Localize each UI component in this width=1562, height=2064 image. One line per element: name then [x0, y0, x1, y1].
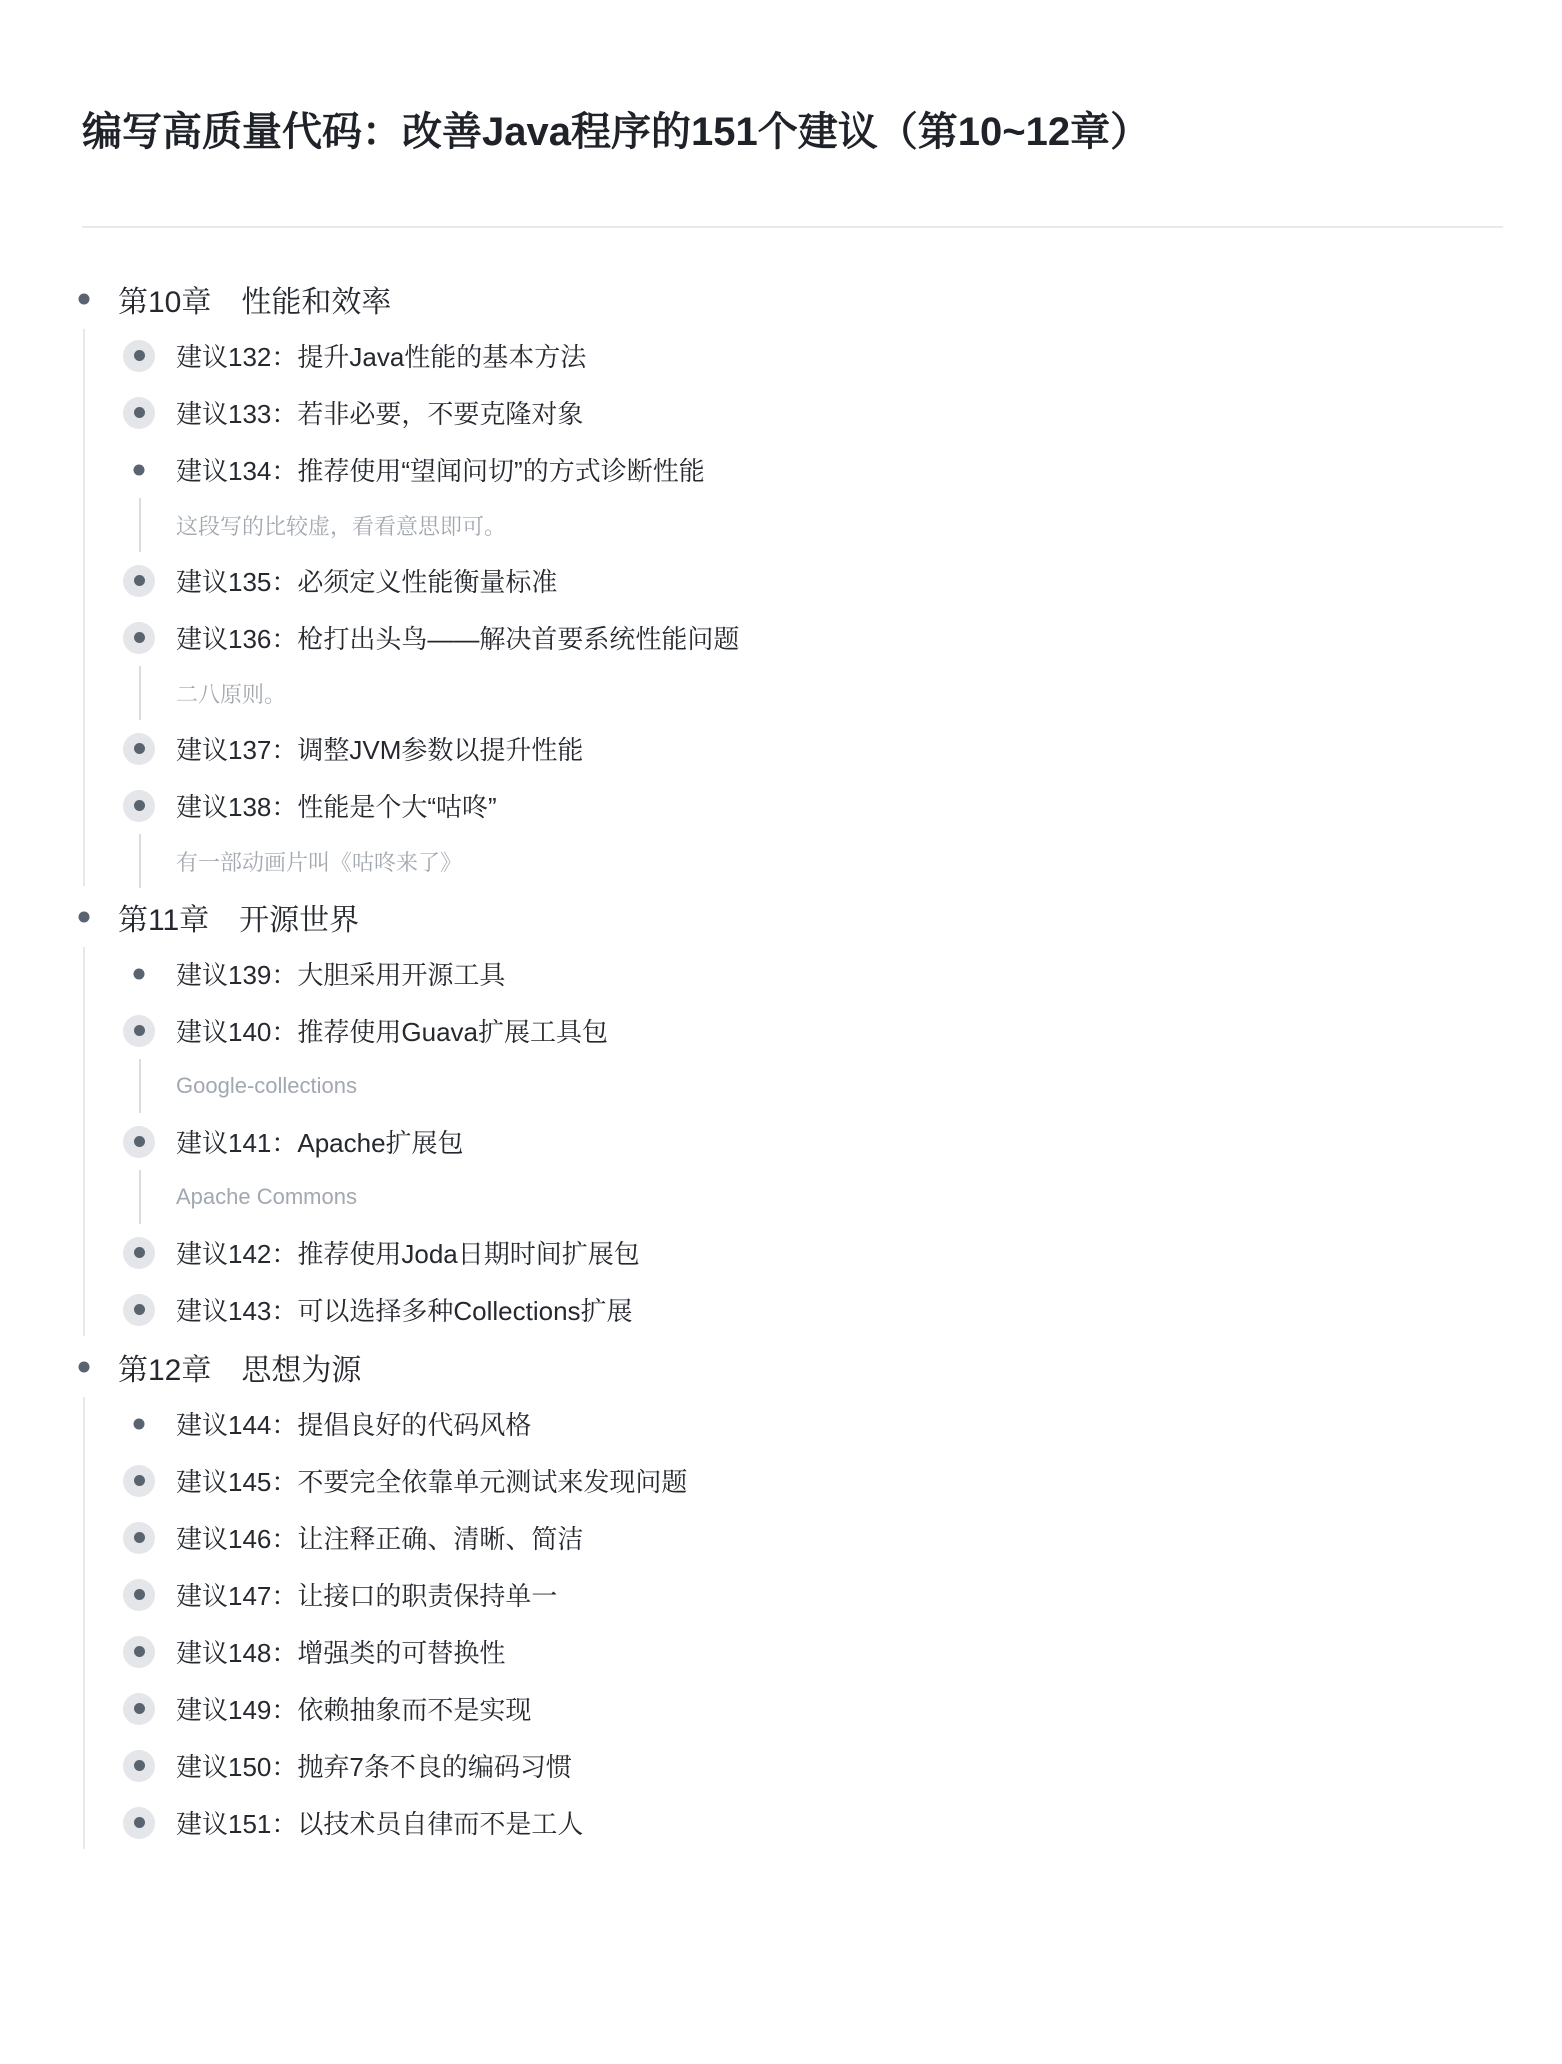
outline-item: 第12章 思想为源	[82, 1338, 1503, 1395]
item-text: 建议147：让接口的职责保持单一	[176, 1576, 557, 1613]
bullet-dot-icon	[134, 632, 145, 643]
bullet-toggle[interactable]	[134, 968, 145, 979]
item-text: 建议142：推荐使用Joda日期时间扩展包	[176, 1234, 640, 1271]
bullet-dot-icon	[134, 350, 145, 361]
bullet-toggle[interactable]	[123, 1126, 155, 1158]
outline: 第10章 性能和效率 建议132：提升Java性能的基本方法 建议133：若非必…	[82, 270, 1503, 1851]
bullet-dot-icon	[134, 575, 145, 586]
bullet-toggle[interactable]	[123, 1522, 155, 1554]
outline-item: 建议134：推荐使用“望闻问切”的方式诊断性能	[82, 441, 1503, 498]
item-note-text: 有一部动画片叫《咕咚来了》	[176, 846, 462, 877]
bullet-toggle[interactable]	[123, 1015, 155, 1047]
bullet-dot-icon	[134, 1025, 145, 1036]
bullet-toggle[interactable]	[123, 1636, 155, 1668]
outline-item: 建议142：推荐使用Joda日期时间扩展包	[82, 1224, 1503, 1281]
bullet-toggle[interactable]	[123, 1807, 155, 1839]
bullet-toggle[interactable]	[123, 1579, 155, 1611]
item-note: 二八原则。	[139, 666, 1503, 720]
item-text: 第12章 思想为源	[118, 1345, 361, 1389]
bullet-dot-icon	[134, 1304, 145, 1315]
item-text: 建议145：不要完全依靠单元测试来发现问题	[176, 1462, 687, 1499]
bullet-dot-icon	[134, 1703, 145, 1714]
outline-item: 建议147：让接口的职责保持单一	[82, 1566, 1503, 1623]
item-text: 建议151：以技术员自律而不是工人	[176, 1804, 583, 1841]
outline-item: 建议133：若非必要，不要克隆对象	[82, 384, 1503, 441]
item-text: 建议132：提升Java性能的基本方法	[176, 337, 586, 374]
item-note-text: 二八原则。	[176, 678, 286, 709]
item-note-text: 这段写的比较虚，看看意思即可。	[176, 510, 506, 541]
item-text: 建议146：让注释正确、清晰、简洁	[176, 1519, 583, 1556]
page-title: 编写高质量代码：改善Java程序的151个建议（第10~12章）	[82, 106, 1503, 158]
outline-item: 建议144：提倡良好的代码风格	[82, 1395, 1503, 1452]
bullet-toggle[interactable]	[123, 397, 155, 429]
bullet-toggle[interactable]	[123, 340, 155, 372]
bullet-toggle[interactable]	[134, 464, 145, 475]
item-text: 建议134：推荐使用“望闻问切”的方式诊断性能	[176, 451, 705, 488]
outline-item: 建议137：调整JVM参数以提升性能	[82, 720, 1503, 777]
item-note: 这段写的比较虚，看看意思即可。	[139, 498, 1503, 552]
outline-item: 建议143：可以选择多种Collections扩展	[82, 1281, 1503, 1338]
bullet-toggle[interactable]	[123, 733, 155, 765]
outline-item: 建议140：推荐使用Guava扩展工具包	[82, 1002, 1503, 1059]
outline-children: 建议144：提倡良好的代码风格 建议145：不要完全依靠单元测试来发现问题 建议…	[82, 1395, 1503, 1851]
outline-item: 建议149：依赖抽象而不是实现	[82, 1680, 1503, 1737]
outline-item: 建议151：以技术员自律而不是工人	[82, 1794, 1503, 1851]
bullet-dot-icon	[134, 800, 145, 811]
item-text: 建议140：推荐使用Guava扩展工具包	[176, 1012, 608, 1049]
bullet-dot-icon	[134, 1532, 145, 1543]
outline-item: 建议146：让注释正确、清晰、简洁	[82, 1509, 1503, 1566]
bullet-dot-icon	[134, 407, 145, 418]
outline-item: 建议139：大胆采用开源工具	[82, 945, 1503, 1002]
outline-item: 建议132：提升Java性能的基本方法	[82, 327, 1503, 384]
outline-item: 建议148：增强类的可替换性	[82, 1623, 1503, 1680]
item-note: Apache Commons	[139, 1170, 1503, 1224]
outline-children: 建议139：大胆采用开源工具 建议140：推荐使用Guava扩展工具包 Goog…	[82, 945, 1503, 1338]
item-text: 第10章 性能和效率	[118, 277, 391, 321]
item-text: 建议139：大胆采用开源工具	[176, 955, 505, 992]
outline-item: 建议138：性能是个大“咕咚”	[82, 777, 1503, 834]
bullet-dot-icon	[134, 1475, 145, 1486]
bullet-dot-icon	[134, 1760, 145, 1771]
bullet-toggle[interactable]	[134, 1418, 145, 1429]
item-note: Google-collections	[139, 1059, 1503, 1113]
bullet-toggle[interactable]	[123, 1294, 155, 1326]
item-text: 建议135：必须定义性能衡量标准	[176, 562, 557, 599]
outline-item: 第10章 性能和效率	[82, 270, 1503, 327]
item-text: 建议144：提倡良好的代码风格	[176, 1405, 531, 1442]
bullet-toggle[interactable]	[123, 1750, 155, 1782]
item-text: 建议143：可以选择多种Collections扩展	[176, 1291, 633, 1328]
item-text: 建议141：Apache扩展包	[176, 1123, 464, 1160]
item-text: 建议133：若非必要，不要克隆对象	[176, 394, 583, 431]
outline-item: 建议135：必须定义性能衡量标准	[82, 552, 1503, 609]
document-page: 编写高质量代码：改善Java程序的151个建议（第10~12章） 第10章 性能…	[0, 0, 1562, 1851]
outline-group: 第12章 思想为源 建议144：提倡良好的代码风格 建议145：不要完全依靠单元…	[82, 1338, 1503, 1851]
item-note-text: Apache Commons	[176, 1184, 357, 1210]
item-text: 建议136：枪打出头鸟——解决首要系统性能问题	[176, 619, 739, 656]
bullet-toggle[interactable]	[123, 790, 155, 822]
outline-children: 建议132：提升Java性能的基本方法 建议133：若非必要，不要克隆对象 建议…	[82, 327, 1503, 888]
item-text: 建议138：性能是个大“咕咚”	[176, 787, 497, 824]
item-text: 建议148：增强类的可替换性	[176, 1633, 505, 1670]
bullet-toggle[interactable]	[79, 911, 90, 922]
bullet-toggle[interactable]	[79, 293, 90, 304]
bullet-toggle[interactable]	[123, 1237, 155, 1269]
outline-item: 建议136：枪打出头鸟——解决首要系统性能问题	[82, 609, 1503, 666]
title-divider	[82, 226, 1503, 228]
outline-item: 第11章 开源世界	[82, 888, 1503, 945]
item-text: 建议149：依赖抽象而不是实现	[176, 1690, 531, 1727]
bullet-dot-icon	[134, 1646, 145, 1657]
bullet-dot-icon	[134, 1136, 145, 1147]
item-note-text: Google-collections	[176, 1073, 357, 1099]
item-text: 建议137：调整JVM参数以提升性能	[176, 730, 583, 767]
outline-item: 建议141：Apache扩展包	[82, 1113, 1503, 1170]
item-text: 第11章 开源世界	[118, 895, 359, 939]
item-note: 有一部动画片叫《咕咚来了》	[139, 834, 1503, 888]
item-text: 建议150：抛弃7条不良的编码习惯	[176, 1747, 572, 1784]
outline-item: 建议145：不要完全依靠单元测试来发现问题	[82, 1452, 1503, 1509]
outline-group: 第10章 性能和效率 建议132：提升Java性能的基本方法 建议133：若非必…	[82, 270, 1503, 888]
bullet-toggle[interactable]	[123, 1465, 155, 1497]
outline-group: 第11章 开源世界 建议139：大胆采用开源工具 建议140：推荐使用Guava…	[82, 888, 1503, 1338]
outline-item: 建议150：抛弃7条不良的编码习惯	[82, 1737, 1503, 1794]
bullet-dot-icon	[134, 743, 145, 754]
bullet-toggle[interactable]	[123, 1693, 155, 1725]
bullet-toggle[interactable]	[79, 1361, 90, 1372]
bullet-dot-icon	[134, 1817, 145, 1828]
bullet-dot-icon	[134, 1589, 145, 1600]
bullet-toggle[interactable]	[123, 565, 155, 597]
bullet-dot-icon	[134, 1247, 145, 1258]
bullet-toggle[interactable]	[123, 622, 155, 654]
